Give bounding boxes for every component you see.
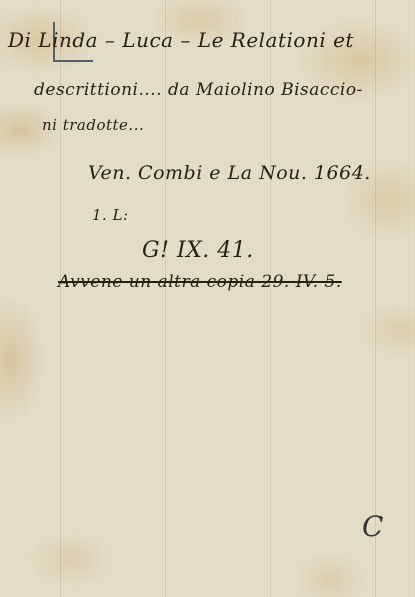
manuscript-page: Di Linda – Luca – Le Relationi et descri… [0,0,415,597]
handwritten-line-title: Di Linda – Luca – Le Relationi et [8,28,354,52]
corner-letter-mark: C [362,510,383,543]
handwritten-line-volume: 1. L: [92,206,129,224]
paper-texture-line [375,0,376,597]
handwritten-line-translator: descrittioni.... da Maiolino Bisaccio- [34,80,363,100]
handwritten-line-shelfmark: G! IX. 41. [142,238,254,263]
handwritten-line-imprint: Ven. Combi e La Nou. 1664. [88,162,371,184]
handwritten-line-struck-note: Avvene un altra copia 29. IV. 5. [58,272,342,292]
handwritten-line-translated: ni tradotte... [42,116,144,134]
